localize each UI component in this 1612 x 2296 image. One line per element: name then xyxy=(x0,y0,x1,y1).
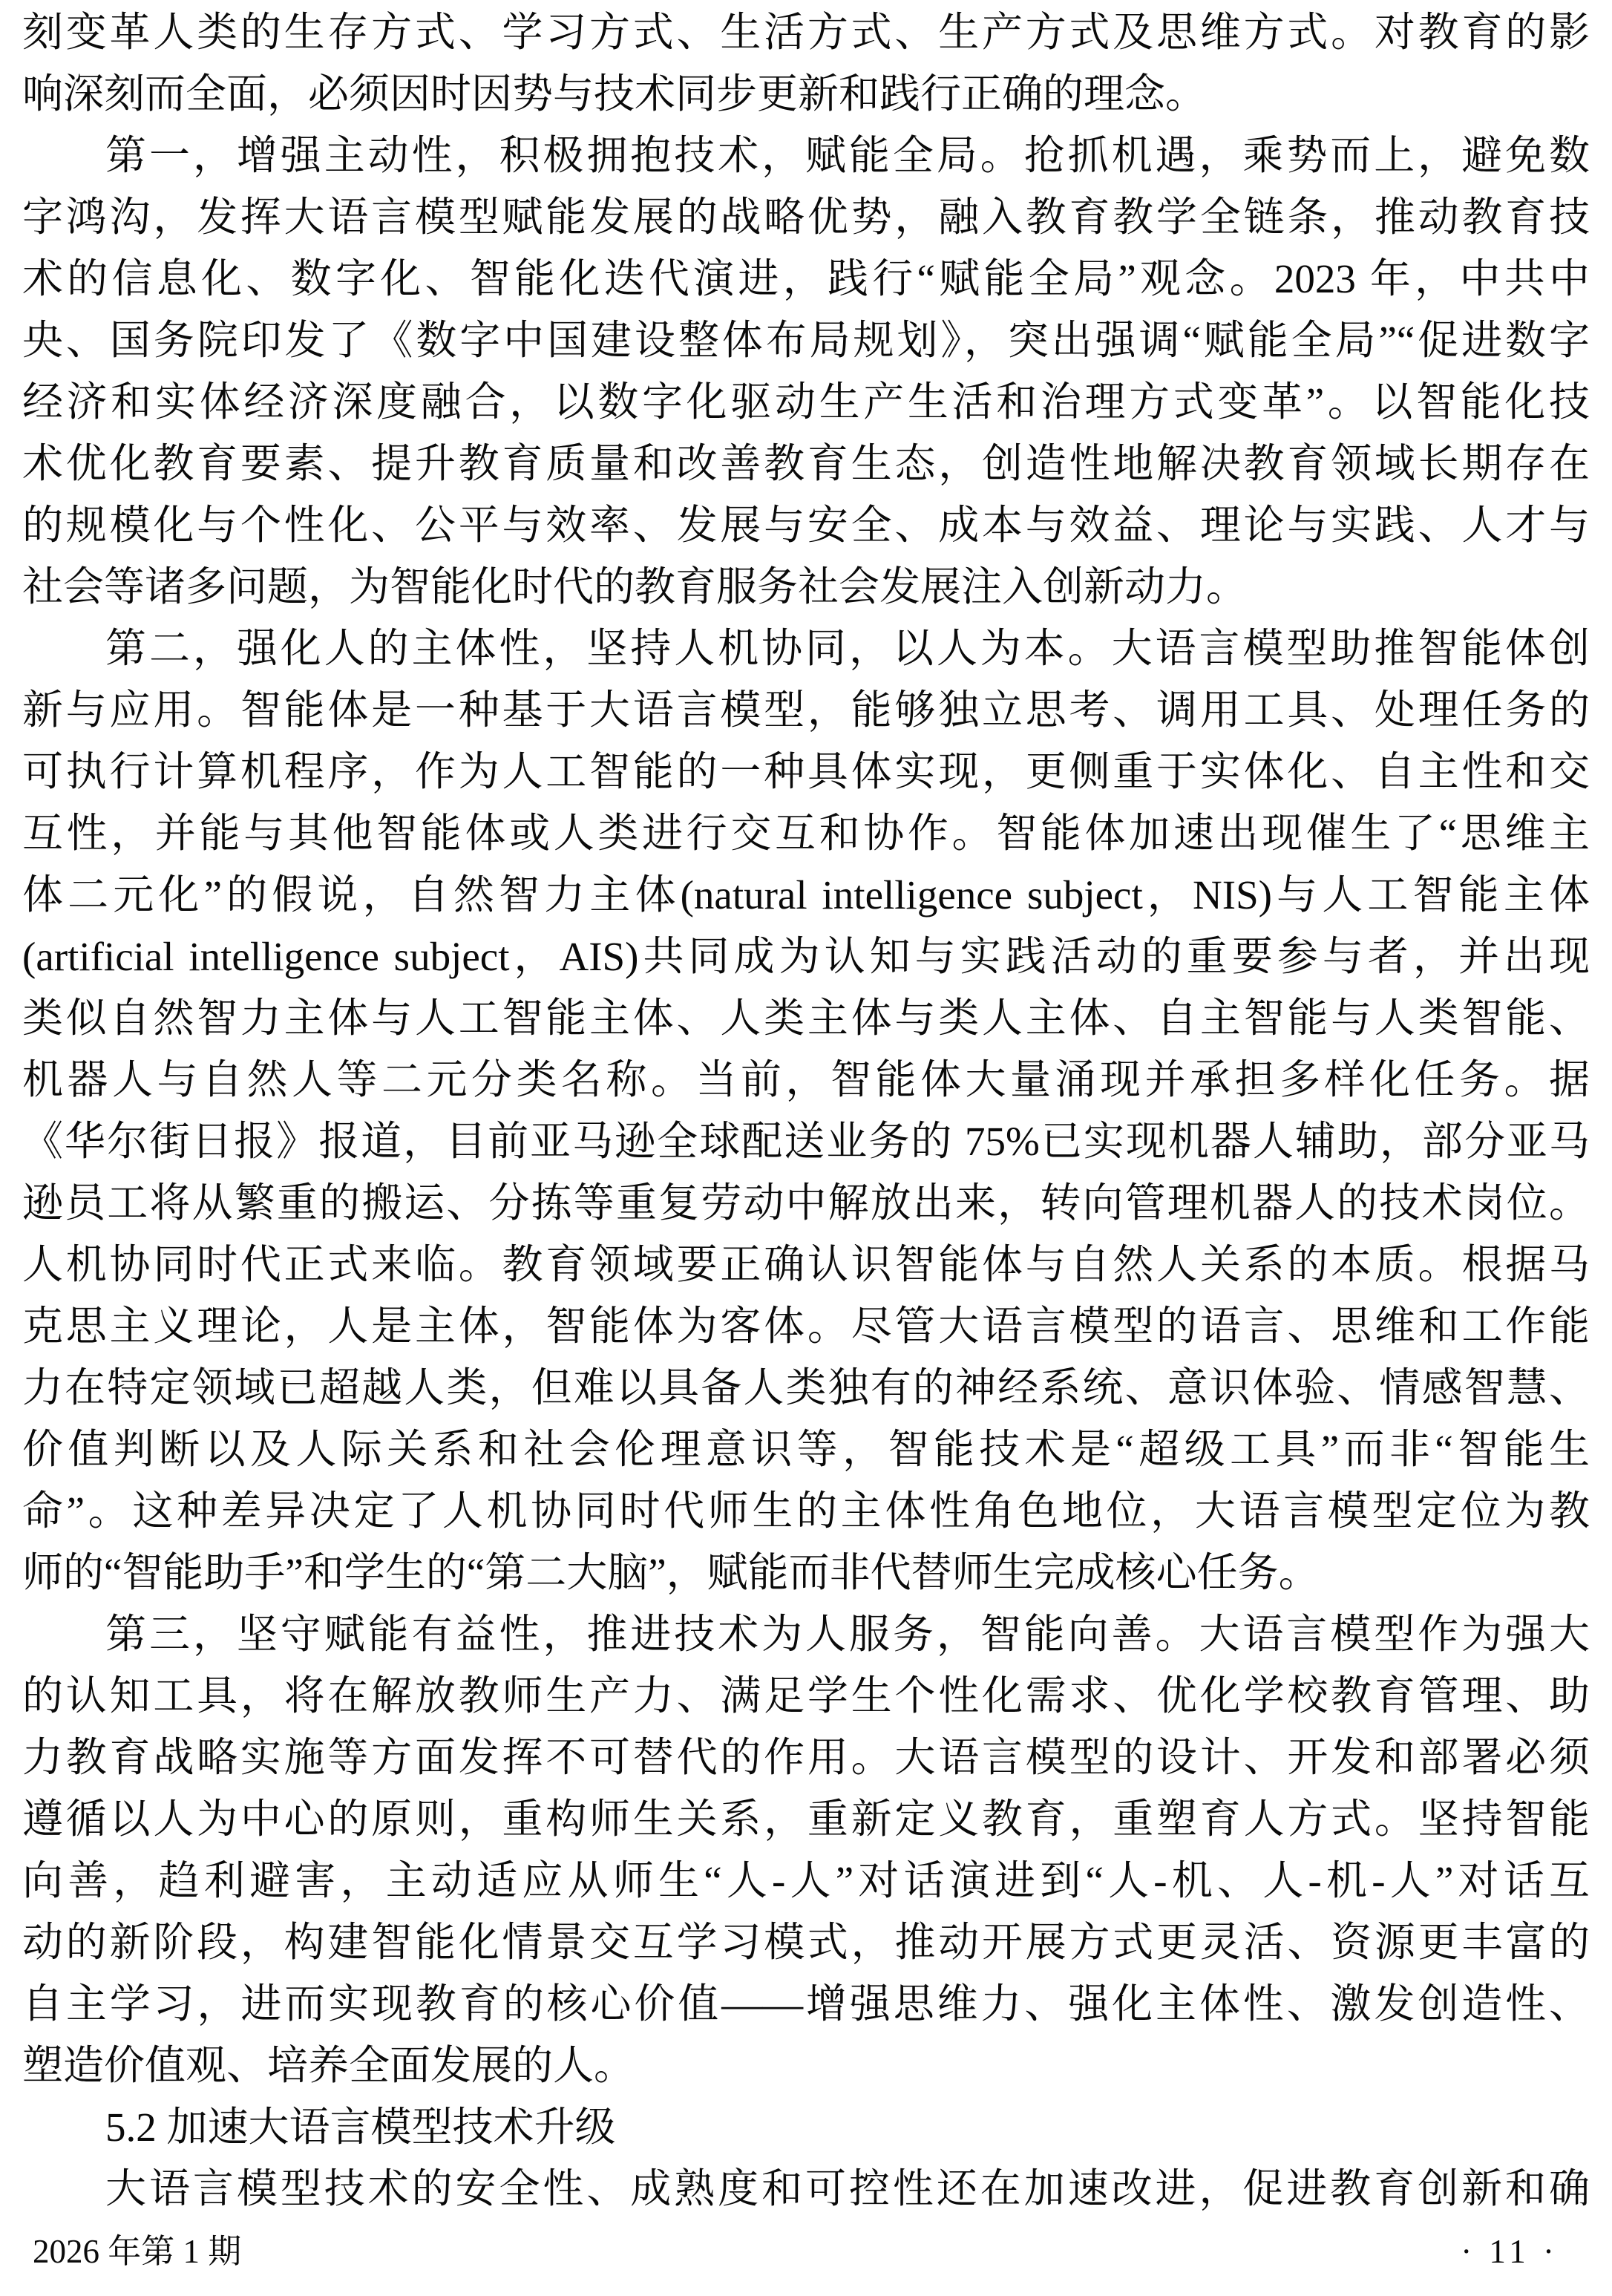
text-line: 第一，增强主动性，积极拥抱技术，赋能全局。抢抓机遇，乘势而上，避免数 xyxy=(22,125,1590,186)
text-line: 互性，并能与其他智能体或人类进行交互和协作。智能体加速出现催生了“思维主 xyxy=(22,802,1590,864)
footer-page-number: · 11 · xyxy=(1461,2228,1590,2274)
text-line: 向善，趋利避害，主动适应从师生“人-人”对话演进到“人-机、人-机-人”对话互 xyxy=(22,1850,1590,1911)
text-line: 第三，坚守赋能有益性，推进技术为人服务，智能向善。大语言模型作为强大 xyxy=(22,1603,1590,1665)
text-line: 动的新阶段，构建智能化情景交互学习模式，推动开展方式更灵活、资源更丰富的 xyxy=(22,1911,1590,1973)
text-line: 价值判断以及人际关系和社会伦理意识等，智能技术是“超级工具”而非“智能生 xyxy=(22,1419,1590,1480)
text-line: 术优化教育要素、提升教育质量和改善教育生态，创造性地解决教育领域长期存在 xyxy=(22,433,1590,494)
text-line: 力在特定领域已超越人类，但难以具备人类独有的神经系统、意识体验、情感智慧、 xyxy=(22,1357,1590,1419)
text-line: 第二，强化人的主体性，坚持人机协同，以人为本。大语言模型助推智能体创 xyxy=(22,618,1590,679)
text-line: 类似自然智力主体与人工智能主体、人类主体与类人主体、自主智能与人类智能、 xyxy=(22,987,1590,1049)
text-line: 大语言模型技术的安全性、成熟度和可控性还在加速改进，促进教育创新和确 xyxy=(22,2158,1590,2220)
text-line: (artificial intelligence subject，AIS)共同成… xyxy=(22,926,1590,987)
text-line: 社会等诸多问题，为智能化时代的教育服务社会发展注入创新动力。 xyxy=(22,556,1590,618)
text-line: 新与应用。智能体是一种基于大语言模型，能够独立思考、调用工具、处理任务的 xyxy=(22,679,1590,741)
section-heading-5-2: 5.2 加速大语言模型技术升级 xyxy=(22,2096,1590,2158)
text-line: 央、国务院印发了《数字中国建设整体布局规划》，突出强调“赋能全局”“促进数字 xyxy=(22,310,1590,371)
text-line: 刻变革人类的生存方式、学习方式、生活方式、生产方式及思维方式。对教育的影 xyxy=(22,1,1590,63)
text-line: 字鸿沟，发挥大语言模型赋能发展的战略优势，融入教育教学全链条，推动教育技 xyxy=(22,186,1590,248)
text-line: 逊员工将从繁重的搬运、分拣等重复劳动中解放出来，转向管理机器人的技术岗位。 xyxy=(22,1172,1590,1234)
text-line: 经济和实体经济深度融合，以数字化驱动生产生活和治理方式变革”。以智能化技 xyxy=(22,371,1590,433)
text-line: 可执行计算机程序，作为人工智能的一种具体实现，更侧重于实体化、自主性和交 xyxy=(22,741,1590,802)
text-line: 力教育战略实施等方面发挥不可替代的作用。大语言模型的设计、开发和部署必须 xyxy=(22,1727,1590,1788)
text-line: 命”。这种差异决定了人机协同时代师生的主体性角色地位，大语言模型定位为教 xyxy=(22,1480,1590,1542)
text-line: 的规模化与个性化、公平与效率、发展与安全、成本与效益、理论与实践、人才与 xyxy=(22,494,1590,556)
document-page: 刻变革人类的生存方式、学习方式、生活方式、生产方式及思维方式。对教育的影 响深刻… xyxy=(0,0,1612,2296)
text-line: 自主学习，进而实现教育的核心价值——增强思维力、强化主体性、激发创造性、 xyxy=(22,1973,1590,2035)
text-line: 体二元化”的假说，自然智力主体(natural intelligence sub… xyxy=(22,864,1590,926)
body-text: 刻变革人类的生存方式、学习方式、生活方式、生产方式及思维方式。对教育的影 响深刻… xyxy=(22,1,1590,2220)
text-line: 克思主义理论，人是主体，智能体为客体。尽管大语言模型的语言、思维和工作能 xyxy=(22,1295,1590,1357)
text-line: 师的“智能助手”和学生的“第二大脑”，赋能而非代替师生完成核心任务。 xyxy=(22,1542,1590,1603)
text-line: 塑造价值观、培养全面发展的人。 xyxy=(22,2035,1590,2096)
text-line: 术的信息化、数字化、智能化迭代演进，践行“赋能全局”观念。2023 年，中共中 xyxy=(22,248,1590,310)
text-line: 机器人与自然人等二元分类名称。当前，智能体大量涌现并承担多样化任务。据 xyxy=(22,1049,1590,1111)
footer-issue: 2026 年第 1 期 xyxy=(22,2228,241,2274)
text-line: 响深刻而全面，必须因时因势与技术同步更新和践行正确的理念。 xyxy=(22,63,1590,125)
page-footer: 2026 年第 1 期 · 11 · xyxy=(22,2228,1590,2274)
text-line: 遵循以人为中心的原则，重构师生关系，重新定义教育，重塑育人方式。坚持智能 xyxy=(22,1788,1590,1850)
text-line: 的认知工具，将在解放教师生产力、满足学生个性化需求、优化学校教育管理、助 xyxy=(22,1665,1590,1727)
text-line: 人机协同时代正式来临。教育领域要正确认识智能体与自然人关系的本质。根据马 xyxy=(22,1234,1590,1295)
text-line: 《华尔街日报》报道，目前亚马逊全球配送业务的 75%已实现机器人辅助，部分亚马 xyxy=(22,1111,1590,1172)
